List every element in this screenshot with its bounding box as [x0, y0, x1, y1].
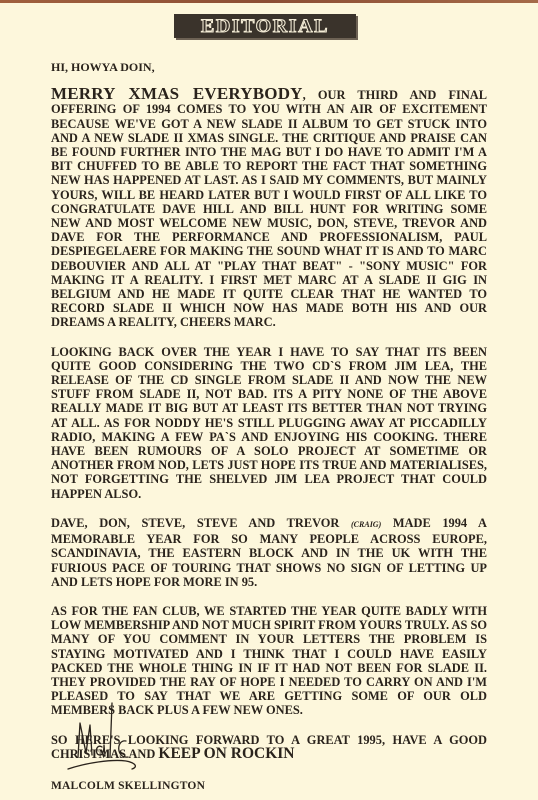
masthead: EDITORIAL — [174, 14, 356, 38]
intro-body: , OUR THIRD AND FINAL OFFERING OF 1994 C… — [51, 88, 487, 329]
author-name: MALCOLM SKELLINGTON — [51, 780, 205, 792]
intro-lead: MERRY XMAS EVERYBODY — [51, 84, 303, 103]
band-before: DAVE, DON, STEVE, STEVE AND TREVOR — [51, 516, 351, 530]
paragraph-intro: MERRY XMAS EVERYBODY, OUR THIRD AND FINA… — [51, 87, 487, 329]
paragraph-band: DAVE, DON, STEVE, STEVE AND TREVOR (CRAI… — [51, 516, 487, 589]
band-aside: (CRAIG) — [351, 520, 381, 529]
top-edge-strip — [0, 0, 538, 3]
greeting: HI, HOWYA DOIN, — [51, 60, 487, 74]
editorial-letter: HI, HOWYA DOIN, MERRY XMAS EVERYBODY, OU… — [51, 60, 487, 776]
paragraph-year-review: LOOKING BACK OVER THE YEAR I HAVE TO SAY… — [51, 345, 487, 501]
signature-icon — [66, 695, 186, 775]
masthead-title: EDITORIAL — [201, 17, 329, 36]
